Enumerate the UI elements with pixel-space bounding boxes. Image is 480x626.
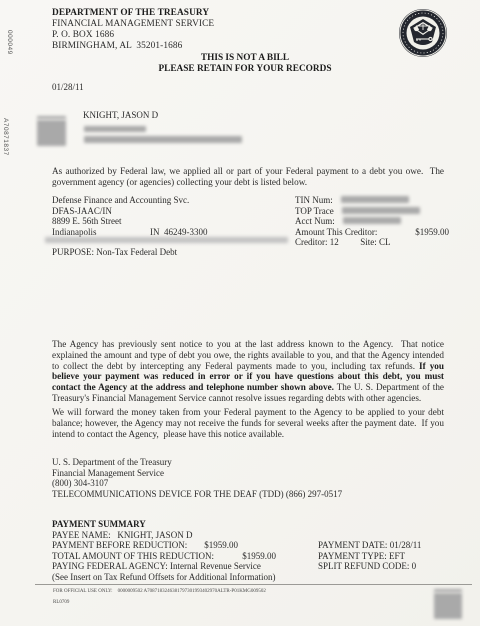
notice-line-1: THIS IS NOT A BILL [10, 53, 480, 64]
redacted-barcode [37, 120, 66, 146]
purpose-line: PURPOSE: Non-Tax Federal Debt [52, 247, 177, 258]
notice-line-2: PLEASE RETAIN FOR YOUR RECORDS [10, 64, 480, 75]
paragraph-forwarding: We will forward the money taken from you… [52, 407, 444, 439]
redacted-address-line-1 [84, 126, 146, 132]
redacted-row [45, 237, 288, 243]
payment-summary-right-block: PAYMENT DATE: 01/28/11 PAYMENT TYPE: EFT… [318, 540, 421, 572]
scan-code-recipient: A70871837 [2, 118, 9, 156]
paying-label: PAYING FEDERAL AGENCY: [52, 561, 168, 571]
contact-service: Financial Management Service [52, 468, 342, 479]
footer-divider [35, 584, 472, 585]
official-use-line: FOR OFFICIAL USE ONLY: 0000009502 A70871… [53, 589, 266, 595]
tin-label: TIN Num: [295, 195, 333, 205]
official-use-code: 0000009502 A7087183246381797301993402970… [118, 589, 266, 594]
para2-pre: The Agency has previously sent notice to… [52, 339, 446, 371]
redacted-sequence [37, 116, 66, 119]
payee-label: PAYEE NAME: [52, 530, 111, 541]
redacted-address-line-2 [84, 136, 242, 143]
sender-dept: DEPARTMENT OF THE TREASURY [52, 8, 214, 19]
split-refund-value: 0 [412, 561, 417, 571]
sender-service: FINANCIAL MANAGEMENT SERVICE [52, 19, 214, 30]
top-trace-label: TOP Trace [295, 206, 334, 216]
agency-city: Indianapolis [52, 227, 150, 238]
account-details-block: TIN Num: TOP Trace Acct Num: Amount This… [295, 195, 475, 248]
payment-date-value: 01/28/11 [390, 540, 422, 550]
contact-dept: U. S. Department of the Treasury [52, 457, 342, 468]
amount-row: Amount This Creditor: $1959.00 [295, 227, 475, 238]
redacted-footer-barcode [434, 593, 462, 619]
paragraph-prior-notice: The Agency has previously sent notice to… [52, 339, 444, 404]
agency-city-line: IndianapolisIN 46249-3300 [52, 227, 208, 238]
contact-phone: (800) 304-3107 [52, 478, 342, 489]
creditor-label: Creditor: 12 [295, 237, 358, 248]
acct-label: Acct Num: [295, 216, 335, 226]
notice-banner: THIS IS NOT A BILL PLEASE RETAIN FOR YOU… [10, 53, 480, 75]
sender-city: BIRMINGHAM, AL 35201-1686 [52, 41, 214, 52]
total-value: $1959.00 [242, 551, 276, 561]
payment-type-label: PAYMENT TYPE: [318, 551, 387, 561]
split-refund-row: SPLIT REFUND CODE: 0 [318, 561, 421, 572]
official-use-label: FOR OFFICIAL USE ONLY: [53, 589, 113, 594]
payment-summary-title: PAYMENT SUMMARY [52, 519, 472, 530]
acct-row: Acct Num: [295, 216, 475, 227]
agency-state-zip: IN 46249-3300 [150, 227, 208, 237]
payee-row: PAYEE NAME: KNIGHT, JASON D [52, 530, 472, 541]
contact-block: U. S. Department of the Treasury Financi… [52, 457, 342, 499]
notice-date: 01/28/11 [52, 82, 84, 93]
sender-pobox: P. O. BOX 1686 [52, 30, 214, 41]
recipient-name: KNIGHT, JASON D [83, 110, 158, 121]
amount-value: $1959.00 [415, 227, 449, 237]
site-label: Site: CL [360, 237, 390, 247]
scan-code-top: 000049 [6, 30, 13, 55]
insert-note: (See Insert on Tax Refund Offsets for Ad… [52, 572, 472, 583]
payment-type-row: PAYMENT TYPE: EFT [318, 551, 421, 562]
scanned-treasury-notice: 000049 A70871837 DEPARTMENT OF THE TREAS… [0, 0, 480, 626]
payment-type-value: EFT [389, 551, 405, 561]
creditor-row: Creditor: 12 Site: CL [295, 237, 475, 248]
agency-address-block: Defense Finance and Accounting Svc. DFAS… [52, 195, 208, 237]
contact-tdd: TELECOMMUNICATIONS DEVICE FOR THE DEAF (… [52, 489, 342, 500]
sender-address-block: DEPARTMENT OF THE TREASURY FINANCIAL MAN… [52, 8, 214, 52]
before-value: $1959.00 [204, 540, 238, 550]
paragraph-authorization: As authorized by Federal law, we applied… [52, 166, 444, 188]
agency-street: 8899 E. 56th Street [52, 216, 208, 227]
split-refund-label: SPLIT REFUND CODE: [318, 561, 409, 571]
redacted-tin [341, 196, 409, 203]
payment-date-label: PAYMENT DATE: [318, 540, 387, 550]
doc-code: RL0709 [53, 600, 69, 606]
paying-value: Internal Revenue Service [170, 561, 261, 571]
agency-dept: DFAS-JAAC/IN [52, 206, 208, 217]
amount-label: Amount This Creditor: [295, 227, 413, 238]
tin-row: TIN Num: [295, 195, 475, 206]
redacted-top-trace [342, 207, 420, 214]
payment-date-row: PAYMENT DATE: 01/28/11 [318, 540, 421, 551]
total-label: TOTAL AMOUNT OF THIS REDUCTION: [52, 551, 240, 562]
redacted-footer-text [434, 589, 462, 592]
payee-value: KNIGHT, JASON D [117, 530, 192, 540]
redacted-acct [343, 217, 401, 224]
before-label: PAYMENT BEFORE REDUCTION: [52, 540, 202, 551]
agency-name: Defense Finance and Accounting Svc. [52, 195, 208, 206]
top-trace-row: TOP Trace [295, 206, 475, 217]
